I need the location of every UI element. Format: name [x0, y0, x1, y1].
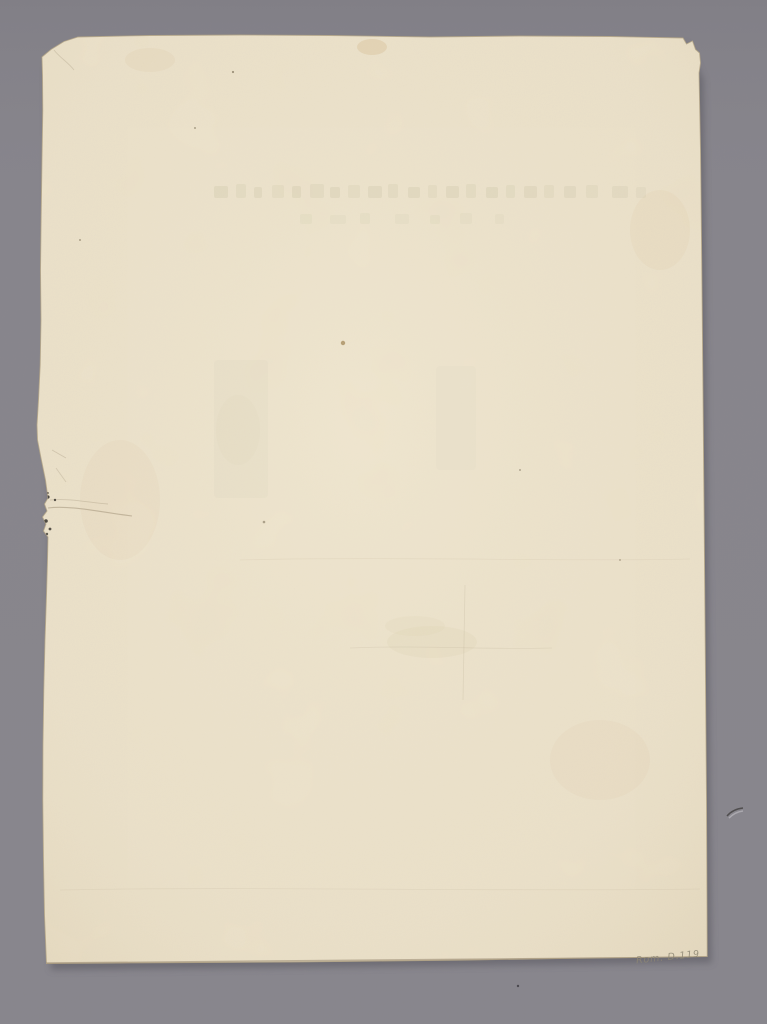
stain [80, 440, 160, 560]
ghost-glyph [430, 215, 440, 224]
ghost-glyph [564, 186, 576, 198]
ghost-glyph [300, 214, 312, 224]
ghost-glyph [388, 184, 398, 198]
ghost-glyph [292, 186, 301, 198]
ghost-glyph [506, 185, 515, 198]
foxing-speck [519, 469, 521, 471]
ghost-glyph [408, 187, 420, 198]
stain [125, 48, 175, 72]
ghost-glyph [395, 214, 409, 224]
photo-of-paper-verso: Rom. D.119 [0, 0, 767, 1024]
ghost-image [385, 616, 445, 636]
foxing-speck [341, 341, 345, 345]
ghost-glyph [330, 187, 340, 198]
ghost-glyph [460, 213, 472, 224]
ghost-glyph [612, 186, 628, 198]
ghost-glyph [254, 187, 262, 198]
paper-surface-details [30, 25, 720, 975]
ghost-glyph [368, 186, 382, 198]
ghost-glyph [524, 186, 537, 198]
ghost-glyph [330, 215, 346, 224]
foxing-speck [232, 71, 234, 73]
ghost-glyph [360, 213, 370, 224]
ghost-glyph [486, 187, 498, 198]
stain [357, 39, 387, 55]
ghost-glyph [544, 185, 554, 198]
ghost-glyph [495, 214, 504, 224]
stain [216, 395, 260, 465]
ghost-glyph [466, 184, 476, 198]
ghost-glyph [428, 185, 437, 198]
ghost-glyph [446, 186, 459, 198]
stain [630, 190, 690, 270]
ghost-image [436, 366, 476, 470]
ghost-glyph [586, 185, 598, 198]
ghost-glyph [348, 185, 360, 198]
foxing-speck [79, 239, 81, 241]
ghost-glyph [272, 185, 284, 198]
stain [550, 720, 650, 800]
backdrop-speck [517, 985, 519, 987]
foxing-speck [194, 127, 196, 129]
ghost-glyph [310, 184, 324, 198]
tear-speck [54, 499, 56, 501]
ghost-glyph [236, 184, 246, 198]
scene-canvas: Rom. D.119 [0, 0, 767, 1024]
foxing-speck [263, 521, 266, 524]
tear-speck [49, 528, 52, 531]
ghost-glyph [214, 186, 228, 198]
